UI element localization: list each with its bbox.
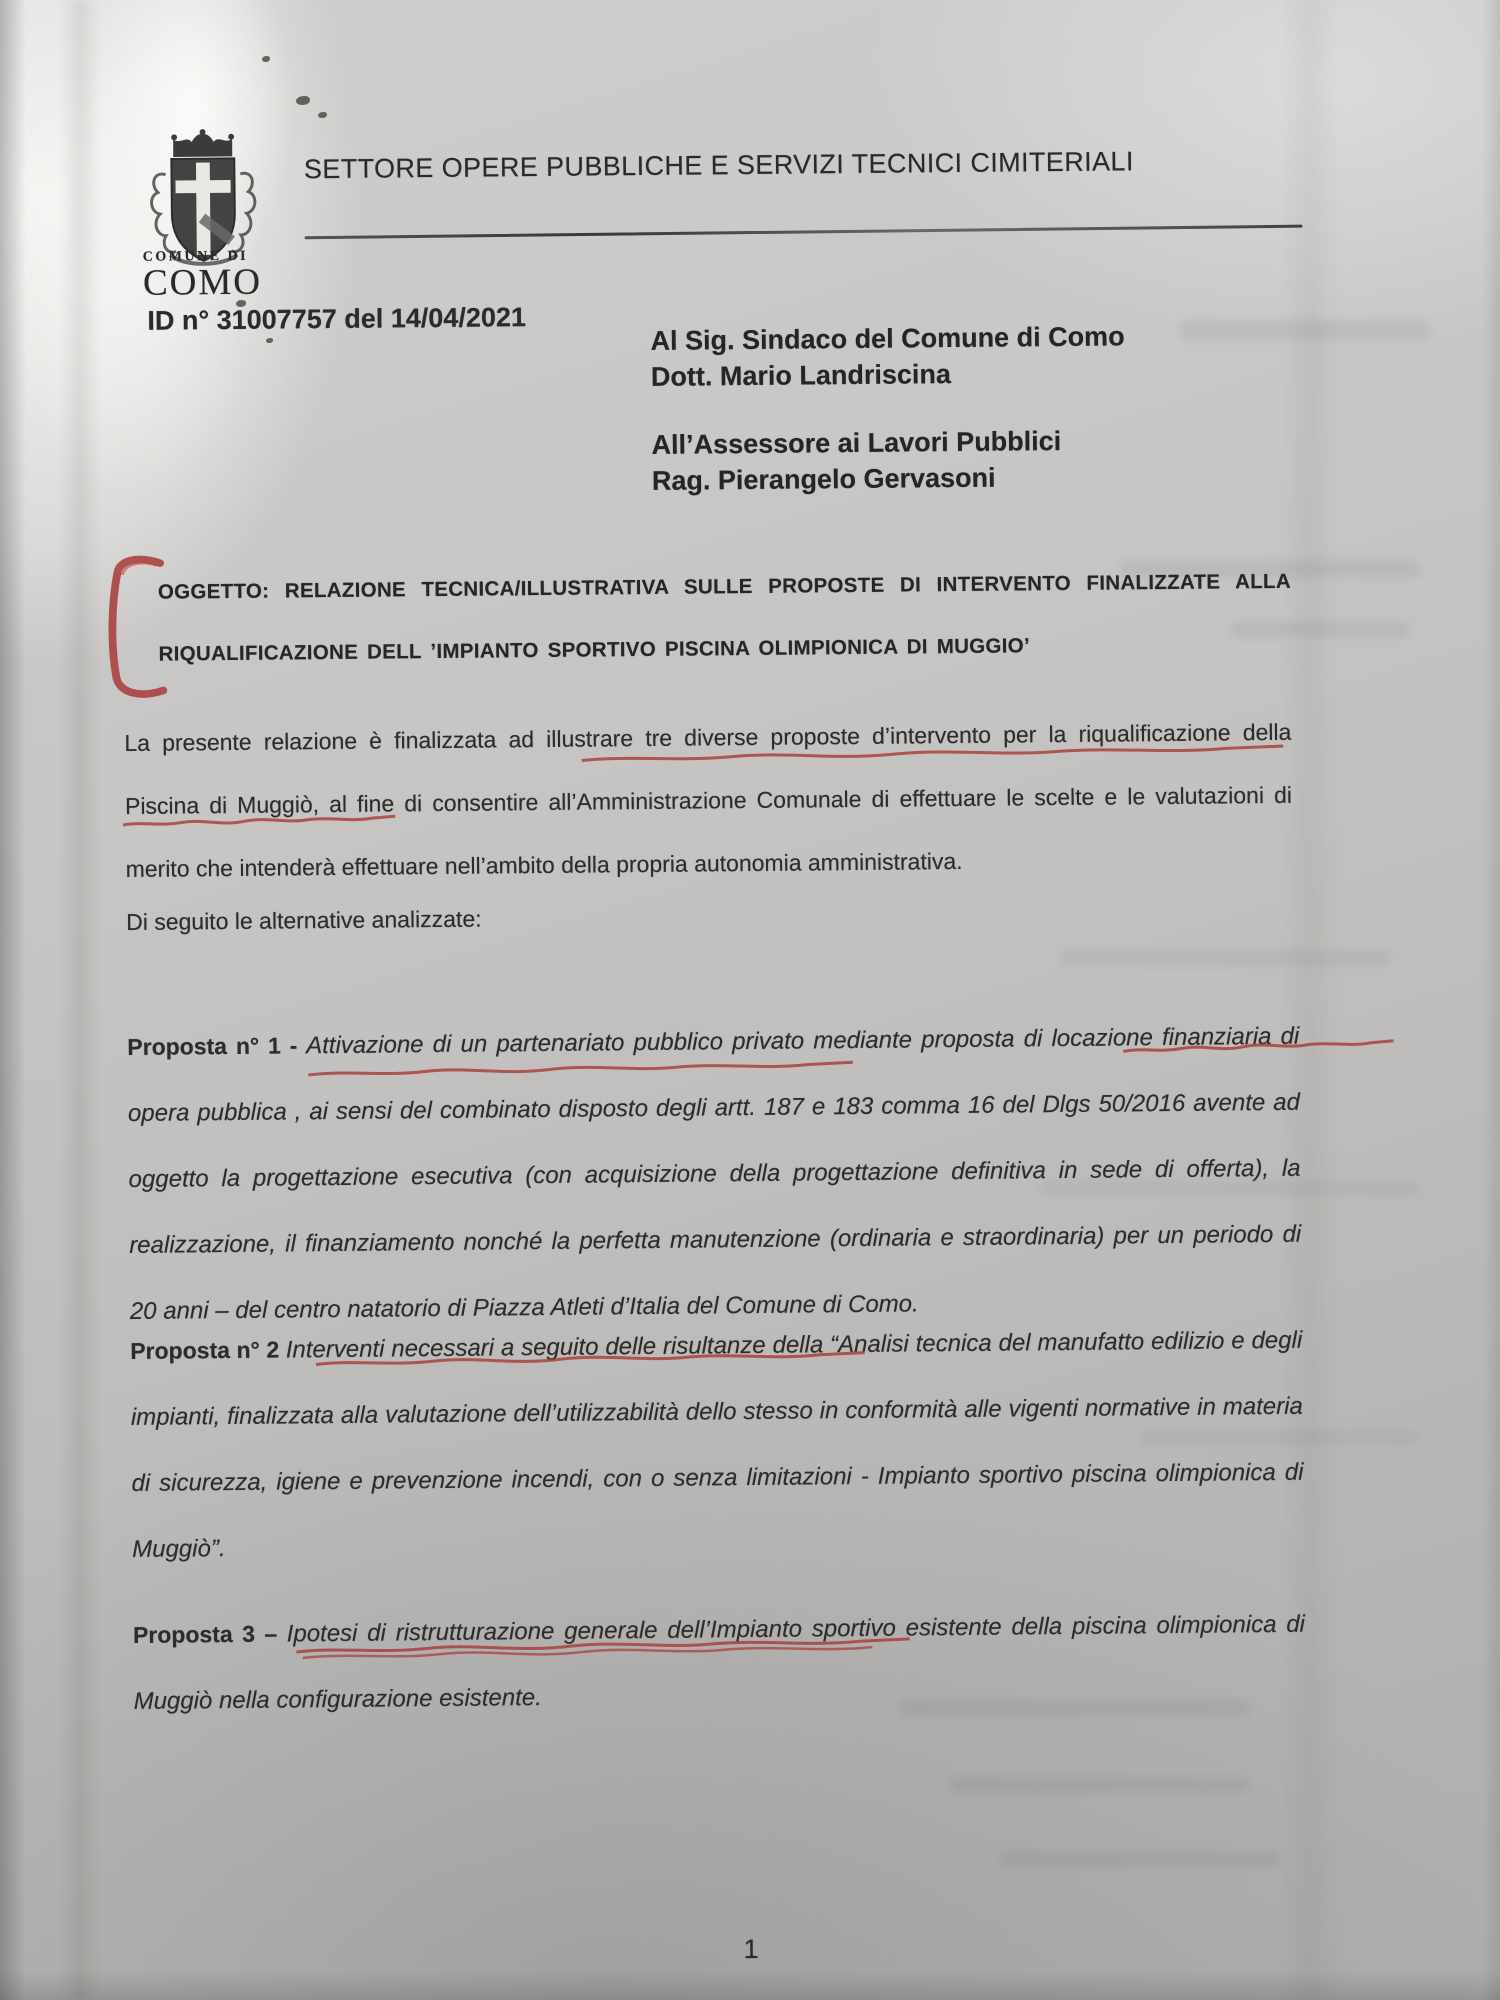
proposal-2-label: Proposta n° 2 <box>130 1336 286 1363</box>
red-bracket-annotation <box>100 553 179 706</box>
org-title: COMO <box>143 260 323 305</box>
header-rule <box>305 225 1303 240</box>
photo-edge-shadow <box>1482 0 1500 2000</box>
recipient-name: Rag. Pierangelo Gervasoni <box>652 458 1126 499</box>
department-title: SETTORE OPERE PUBBLICHE E SERVIZI TECNIC… <box>304 144 1334 185</box>
recipients: Al Sig. Sindaco del Comune di Como Dott.… <box>650 318 1126 531</box>
intro-paragraph: La presente relazione è finalizzata ad i… <box>124 701 1293 901</box>
page-number: 1 <box>591 1933 911 1967</box>
document-page: COMUNE DI COMO SETTORE OPERE PUBBLICHE E… <box>0 0 1500 2000</box>
alternatives-lead: Di seguito le alternative analizzate: <box>126 900 1026 936</box>
doc-id: ID n° 31007757 del 14/04/2021 <box>147 302 526 337</box>
proposal-3-label: Proposta 3 – <box>133 1620 287 1647</box>
recipient-role: All’Assessore ai Lavori Pubblici <box>651 422 1125 463</box>
proposal-3-paragraph: Proposta 3 – Ipotesi di ristrutturazione… <box>133 1591 1306 1735</box>
photo-edge-shadow <box>0 1970 1500 2000</box>
subject-block: OGGETTO: RELAZIONE TECNICA/ILLUSTRATIVA … <box>158 551 1292 686</box>
recipient-block: Al Sig. Sindaco del Comune di Como Dott.… <box>650 318 1125 395</box>
org-name: COMUNE DI COMO <box>143 248 324 305</box>
recipient-block: All’Assessore ai Lavori Pubblici Rag. Pi… <box>651 422 1126 499</box>
proposal-3-text: Ipotesi di ristrutturazione generale del… <box>133 1611 1305 1715</box>
recipient-role: Al Sig. Sindaco del Comune di Como <box>650 318 1124 359</box>
proposal-1-label: Proposta n° 1 - <box>127 1032 306 1060</box>
recipient-name: Dott. Mario Landriscina <box>651 354 1125 395</box>
scanned-document-photo: COMUNE DI COMO SETTORE OPERE PUBBLICHE E… <box>0 0 1500 2000</box>
proposal-2-paragraph: Proposta n° 2 Interventi necessari a seg… <box>130 1307 1304 1583</box>
photo-edge-shadow <box>0 0 26 2000</box>
